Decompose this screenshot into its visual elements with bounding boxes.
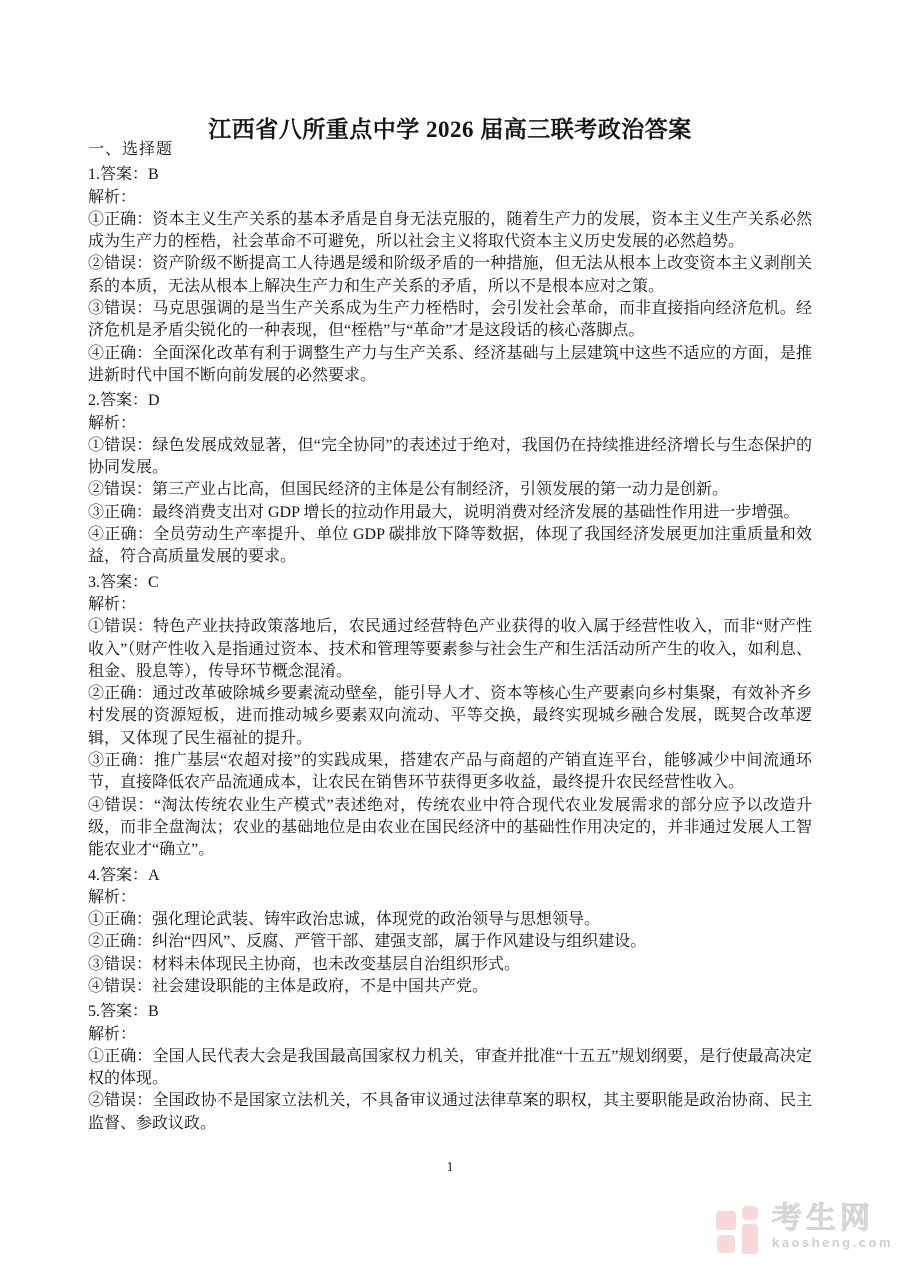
- section-heading: 一、选择题: [88, 139, 812, 161]
- analysis-point: ③正确：推广基层“农超对接”的实践成果，搭建农产品与商超的产销直连平台，能够减少…: [88, 750, 812, 795]
- analysis-label: 解析：: [88, 1024, 812, 1046]
- analysis-point: ③错误：材料未体现民主协商，也未改变基层自治组织形式。: [88, 954, 812, 976]
- answer-line: 1.答案：B: [88, 164, 812, 186]
- kaosheng-watermark: 考生网 kaosheng.com: [714, 1199, 890, 1261]
- analysis-point: ④错误：“淘汰传统农业生产模式”表述绝对，传统农业中符合现代农业发展需求的部分应…: [88, 795, 812, 862]
- watermark-site-name: 考生网: [772, 1203, 893, 1235]
- analysis-point: ②正确：通过改革破除城乡要素流动壁垒，能引导人才、资本等核心生产要素向乡村集聚，…: [88, 683, 812, 750]
- question-2: 2.答案：D 解析： ①错误：绿色发展成效显著，但“完全协同”的表述过于绝对，我…: [88, 390, 812, 568]
- question-5: 5.答案：B 解析： ①正确：全国人民代表大会是我国最高国家权力机关，审查并批准…: [88, 1001, 812, 1135]
- answer-line: 5.答案：B: [88, 1001, 812, 1023]
- analysis-label: 解析：: [88, 187, 812, 209]
- page-number: 1: [0, 1160, 900, 1176]
- analysis-label: 解析：: [88, 413, 812, 435]
- analysis-point: ④正确：全员劳动生产率提升、单位 GDP 碳排放下降等数据，体现了我国经济发展更…: [88, 524, 812, 569]
- analysis-point: ③错误：马克思强调的是当生产关系成为生产力桎梏时，会引发社会革命，而非直接指向经…: [88, 298, 812, 343]
- analysis-point: ④正确：全面深化改革有利于调整生产力与生产关系、经济基础与上层建筑中这些不适应的…: [88, 343, 812, 388]
- analysis-point: ①正确：资本主义生产关系的基本矛盾是自身无法克服的，随着生产力的发展，资本主义生…: [88, 209, 812, 254]
- analysis-point: ①正确：全国人民代表大会是我国最高国家权力机关，审查并批准“十五五”规划纲要，是…: [88, 1046, 812, 1091]
- analysis-point: ④错误：社会建设职能的主体是政府，不是中国共产党。: [88, 976, 812, 998]
- analysis-label: 解析：: [88, 887, 812, 909]
- analysis-point: ①错误：绿色发展成效显著，但“完全协同”的表述过于绝对，我国仍在持续推进经济增长…: [88, 435, 812, 480]
- answer-line: 4.答案：A: [88, 865, 812, 887]
- question-4: 4.答案：A 解析： ①正确：强化理论武装、铸牢政治忠诚，体现党的政治领导与思想…: [88, 865, 812, 999]
- question-3: 3.答案：C 解析： ①错误：特色产业扶持政策落地后，农民通过经营特色产业获得的…: [88, 572, 812, 862]
- analysis-point: ②错误：全国政协不是国家立法机关，不具备审议通过法律草案的职权，其主要职能是政治…: [88, 1090, 812, 1135]
- question-1: 1.答案：B 解析： ①正确：资本主义生产关系的基本矛盾是自身无法克服的，随着生…: [88, 164, 812, 387]
- answer-line: 2.答案：D: [88, 390, 812, 412]
- analysis-point: ②错误：资产阶级不断提高工人待遇是缓和阶级矛盾的一种措施，但无法从根本上改变资本…: [88, 253, 812, 298]
- answer-line: 3.答案：C: [88, 572, 812, 594]
- document-body: 一、选择题 1.答案：B 解析： ①正确：资本主义生产关系的基本矛盾是自身无法克…: [88, 139, 812, 1135]
- watermark-site-url: kaosheng.com: [772, 1235, 893, 1250]
- analysis-point: ②正确：纠治“四风”、反腐、严管干部、建强支部，属于作风建设与组织建设。: [88, 931, 812, 953]
- watermark-text: 考生网 kaosheng.com: [772, 1203, 893, 1250]
- kaosheng-logo-icon: [716, 1206, 764, 1256]
- analysis-point: ②错误：第三产业占比高，但国民经济的主体是公有制经济，引领发展的第一动力是创新。: [88, 479, 812, 501]
- analysis-point: ①正确：强化理论武装、铸牢政治忠诚，体现党的政治领导与思想领导。: [88, 909, 812, 931]
- analysis-point: ③正确：最终消费支出对 GDP 增长的拉动作用最大，说明消费对经济发展的基础性作…: [88, 502, 812, 524]
- analysis-point: ①错误：特色产业扶持政策落地后，农民通过经营特色产业获得的收入属于经营性收入，而…: [88, 616, 812, 683]
- document-page: 江西省八所重点中学 2026 届高三联考政治答案 一、选择题 1.答案：B 解析…: [0, 0, 900, 1273]
- analysis-label: 解析：: [88, 594, 812, 616]
